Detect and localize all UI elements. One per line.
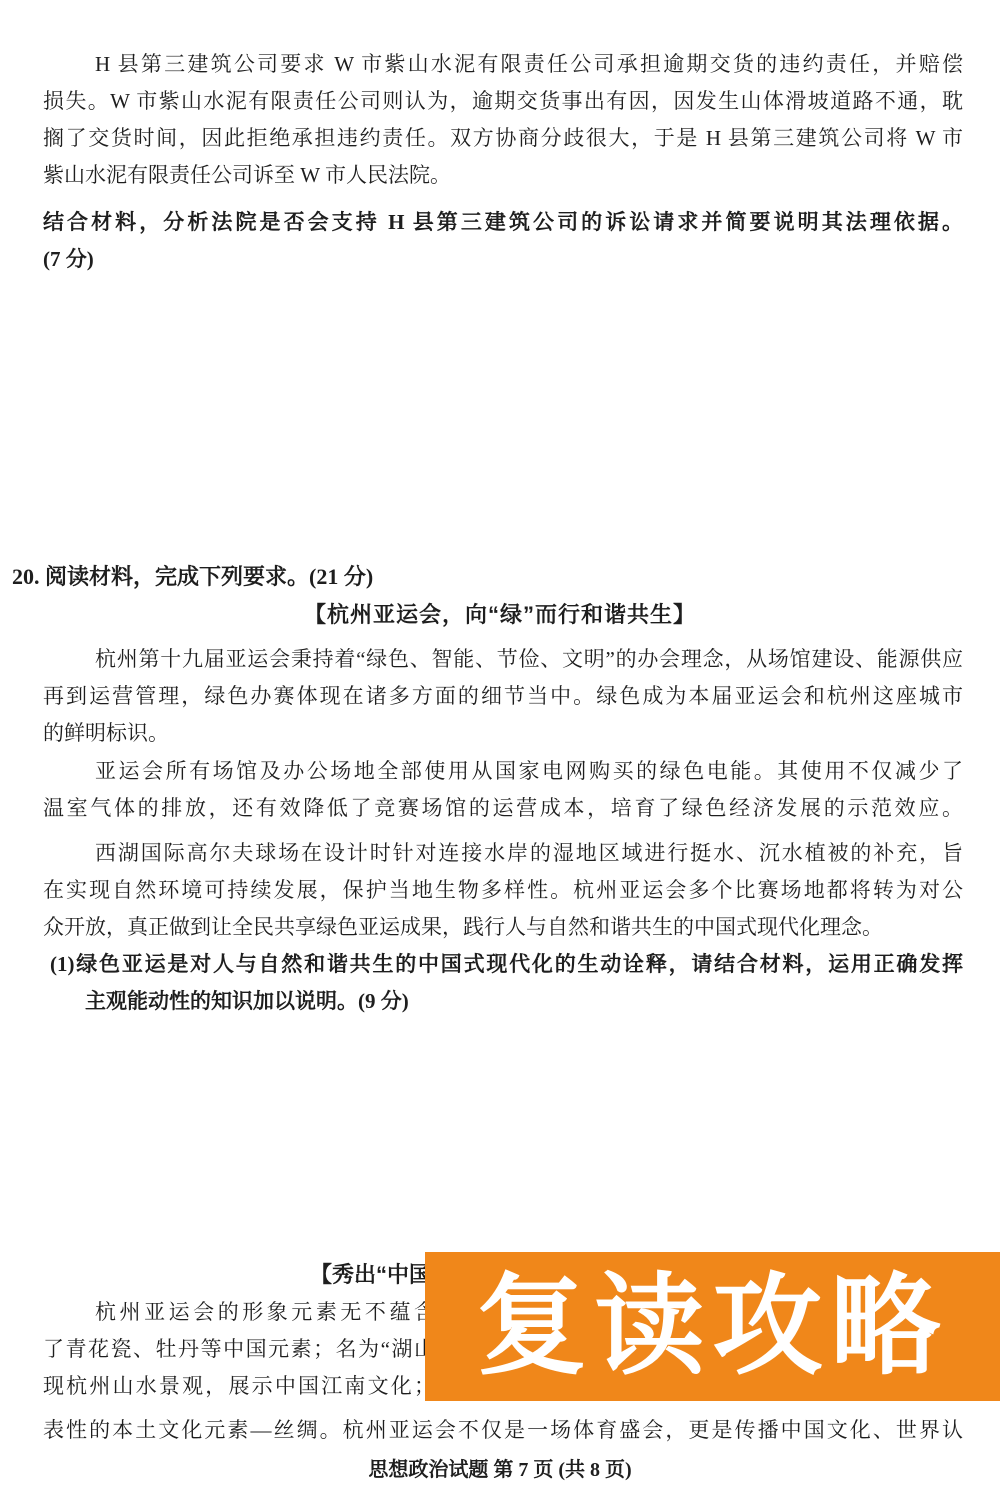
text-line: 众开放，真正做到让全民共享绿色亚运成果，践行人与自然和谐共生的中国式现代化理念。 [43,909,963,946]
text-line: H 县第三建筑公司要求 W 市紫山水泥有限责任公司承担逾期交货的违约责任，并赔偿 [43,46,963,83]
section1-paragraph-1: 杭州第十九届亚运会秉持着“绿色、智能、节俭、文明”的办会理念，从场馆建设、能源供… [43,641,963,752]
text-line: 主观能动性的知识加以说明。(9 分) [50,983,963,1020]
text-line: 现杭州山水景观，展示中国江南文化； [43,1368,435,1405]
section1-paragraph-3: 西湖国际高尔夫球场在设计时针对连接水岸的湿地区域进行挺水、沉水植被的补充，旨 在… [43,835,963,946]
watermark-banner: 复读攻略 [425,1252,1000,1401]
page-footer: 思想政治试题 第 7 页 (共 8 页) [0,1452,1000,1489]
text-line: (7 分) [43,241,963,278]
section2-paragraph: 杭州亚运会的形象元素无不蕴含 了青花瓷、牡丹等中国元素；名为“湖山 现杭州山水景… [43,1294,435,1405]
text-line: 紫山水泥有限责任公司诉至 W 市人民法院。 [43,157,963,194]
text-line: 的鲜明标识。 [43,715,963,752]
text-line: 再到运营管理，绿色办赛体现在诸多方面的细节当中。绿色成为本届亚运会和杭州这座城市 [43,678,963,715]
section1-question-1: (1)绿色亚运是对人与自然和谐共生的中国式现代化的生动诠释，请结合材料，运用正确… [50,946,963,1020]
section2-heading: 【秀出“中国 [310,1256,431,1293]
text-line: 西湖国际高尔夫球场在设计时针对连接水岸的湿地区域进行挺水、沉水植被的补充，旨 [43,835,963,872]
question-20-header: 20. 阅读材料，完成下列要求。(21 分) [12,558,373,595]
watermark-text: 复读攻略 [477,1272,949,1382]
text-line: 杭州亚运会的形象元素无不蕴含 [43,1294,435,1331]
text-line: 结合材料，分析法院是否会支持 H 县第三建筑公司的诉讼请求并简要说明其法理依据。 [43,204,963,241]
text-line: 亚运会所有场馆及办公场地全部使用从国家电网购买的绿色电能。其使用不仅减少了 [43,753,963,790]
section2-last-line: 表性的本土文化元素—丝绸。杭州亚运会不仅是一场体育盛会，更是传播中国文化、世界认 [43,1412,963,1449]
text-line: 温室气体的排放，还有效降低了竞赛场馆的运营成本，培育了绿色经济发展的示范效应。 [43,790,963,827]
section1-paragraph-2: 亚运会所有场馆及办公场地全部使用从国家电网购买的绿色电能。其使用不仅减少了 温室… [43,753,963,827]
exam-page: H 县第三建筑公司要求 W 市紫山水泥有限责任公司承担逾期交货的违约责任，并赔偿… [0,0,1000,1509]
text-line: 表性的本土文化元素—丝绸。杭州亚运会不仅是一场体育盛会，更是传播中国文化、世界认 [43,1412,963,1449]
case-question-paragraph: 结合材料，分析法院是否会支持 H 县第三建筑公司的诉讼请求并简要说明其法理依据。… [43,204,963,278]
text-line: 了青花瓷、牡丹等中国元素；名为“湖山 [43,1331,435,1368]
text-line: 搁了交货时间，因此拒绝承担违约责任。双方协商分歧很大，于是 H 县第三建筑公司将… [43,120,963,157]
section1-heading: 【杭州亚运会，向“绿”而行和谐共生】 [0,596,1000,633]
text-line: 杭州第十九届亚运会秉持着“绿色、智能、节俭、文明”的办会理念，从场馆建设、能源供… [43,641,963,678]
text-line: 损失。W 市紫山水泥有限责任公司则认为，逾期交货事出有因，因发生山体滑坡道路不通… [43,83,963,120]
text-line: (1)绿色亚运是对人与自然和谐共生的中国式现代化的生动诠释，请结合材料，运用正确… [50,946,963,983]
text-line: 在实现自然环境可持续发展，保护当地生物多样性。杭州亚运会多个比赛场地都将转为对公 [43,872,963,909]
case-material-paragraph: H 县第三建筑公司要求 W 市紫山水泥有限责任公司承担逾期交货的违约责任，并赔偿… [43,46,963,194]
